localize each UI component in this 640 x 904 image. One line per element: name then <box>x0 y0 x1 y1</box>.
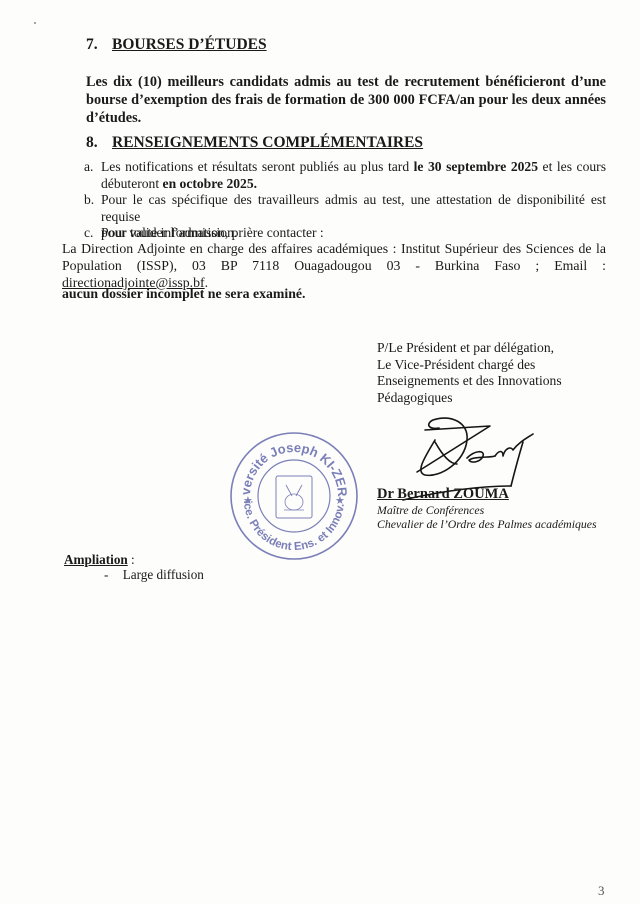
signatory-name-block: Dr Bernard ZOUMA Maître de Conférences C… <box>377 486 597 531</box>
official-stamp: Université Joseph KI-ZERBO Le Vice. Prés… <box>228 430 360 562</box>
section-7-number: 7. <box>86 36 112 54</box>
contact-line: La Direction Adjointe en charge des affa… <box>62 240 606 257</box>
list-label: a. <box>84 159 93 176</box>
date-highlight: le 30 septembre 2025 <box>414 159 538 174</box>
ampliation-colon: : <box>128 552 135 567</box>
stamp-star-icon: ★ <box>243 495 253 507</box>
text: Les notifications et résultats seront pu… <box>101 159 414 174</box>
ampliation-title: Ampliation <box>64 552 128 567</box>
ampliation-heading: Ampliation : <box>64 552 135 568</box>
stamp-top-text: Université Joseph KI-ZERBO <box>228 430 350 498</box>
signatory-line: Enseignements et des Innovations <box>377 373 562 390</box>
scan-speck <box>34 22 36 24</box>
contact-paragraph: La Direction Adjointe en charge des affa… <box>62 240 606 291</box>
signatory-line: P/Le Président et par délégation, <box>377 340 562 357</box>
section-8-number: 8. <box>86 134 112 152</box>
section-8-title: RENSEIGNEMENTS COMPLÉMENTAIRES <box>112 134 423 151</box>
signatory-line: Le Vice-Président chargé des <box>377 357 562 374</box>
section-7-heading: 7.BOURSES D’ÉTUDES <box>86 36 267 54</box>
section-8-heading: 8.RENSEIGNEMENTS COMPLÉMENTAIRES <box>86 134 423 152</box>
list-item-a: a. Les notifications et résultats seront… <box>101 159 606 192</box>
para-line: d’études. <box>86 109 606 127</box>
text: et les cours <box>538 159 606 174</box>
ampliation-item: - Large diffusion <box>104 567 204 583</box>
para-line: Les dix (10) meilleurs candidats admis a… <box>86 73 606 91</box>
list-line: Les notifications et résultats seront pu… <box>101 159 606 176</box>
section-7-paragraph: Les dix (10) meilleurs candidats admis a… <box>86 73 606 127</box>
list-line: débuteront en octobre 2025. <box>101 176 606 193</box>
section-7-title: BOURSES D’ÉTUDES <box>112 36 267 53</box>
page-number: 3 <box>598 883 605 899</box>
text: Population (ISSP), 03 BP 7118 Ouagadougo… <box>62 258 606 273</box>
list-label: b. <box>84 192 94 209</box>
bullet-dash: - <box>104 567 108 582</box>
signatory-line: Pédagogiques <box>377 390 562 407</box>
text: débuteront <box>101 176 163 191</box>
incomplete-notice: aucun dossier incomplet ne sera examiné. <box>62 286 305 302</box>
signatory-title: Maître de Conférences <box>377 503 597 517</box>
signatory-distinction: Chevalier de l’Ordre des Palmes académiq… <box>377 517 597 531</box>
signatory-block: P/Le Président et par délégation, Le Vic… <box>377 340 562 406</box>
para-line: bourse d’exemption des frais de formatio… <box>86 91 606 109</box>
list-line: Pour le cas spécifique des travailleurs … <box>101 192 606 225</box>
signatory-name: Dr Bernard ZOUMA <box>377 486 597 503</box>
svg-text:Université Joseph KI-ZERBO: Université Joseph KI-ZERBO <box>228 430 350 498</box>
stamp-star-icon: ★ <box>335 495 345 507</box>
stamp-seal-icon: Université Joseph KI-ZERBO Le Vice. Prés… <box>228 430 360 562</box>
ampliation-item-text: Large diffusion <box>123 567 204 582</box>
date-highlight: en octobre 2025. <box>163 176 258 191</box>
